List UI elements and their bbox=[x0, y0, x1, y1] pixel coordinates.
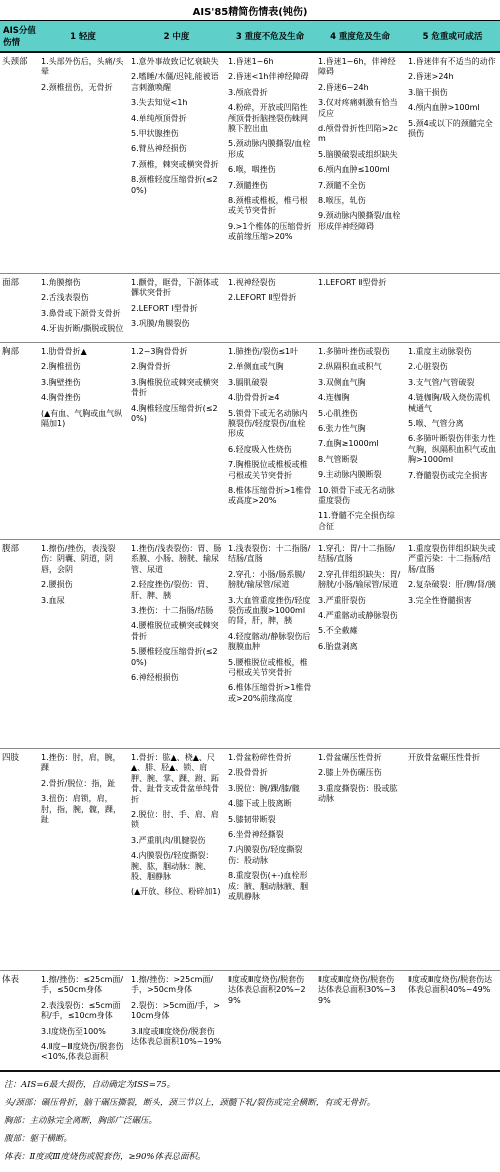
ais-cell: 1.LEFORT Ⅱ型骨折 bbox=[315, 274, 405, 342]
injury-item: 1.昏迷伴有不适当的动作 bbox=[408, 57, 497, 67]
injury-item: 3.严重肝裂伤 bbox=[318, 596, 402, 606]
injury-item: 2.骨折/脱位：指，趾 bbox=[41, 779, 125, 789]
header-cell-minor: 1 轻度 bbox=[38, 27, 128, 45]
injury-item: 4.肋骨骨折≥4 bbox=[228, 393, 312, 403]
ais-cell: 1.2~3胸骨骨折2.胸骨骨折3.胸椎脱位或棘突或横突骨折4.胸椎轻度压缩骨折(… bbox=[128, 343, 225, 539]
injury-item: 2.裂伤：>5cm面/手，>10cm身体 bbox=[131, 1001, 222, 1022]
ais-cell: 1.重度裂伤伴组织缺失或严重污染：十二指肠/结肠/直肠2.复杂破裂：肝/脾/肾/… bbox=[405, 540, 500, 748]
ais-cell: 1.骨盆碾压性骨折2.膝上外伤碾压伤3.重度撕裂伤：股或肱动脉 bbox=[315, 749, 405, 970]
injury-item: 3.扭伤：肩锁，肩，肘，指，腕，髋，踝，趾 bbox=[41, 794, 125, 825]
injury-item: 2.LEFORT Ⅱ型骨折 bbox=[228, 293, 312, 303]
table-body: 头颈部1.头部外伤后，头痛/头晕2.颈椎扭伤，无骨折1.意外事故致记忆衰缺失2.… bbox=[0, 53, 500, 1072]
ais-cell: 1.擦伤/挫伤，表浅裂伤：阴囊、阴道，阴唇，会阴2.腰损伤3.血尿 bbox=[38, 540, 128, 748]
ais-cell: 1.肋骨骨折▲2.胸椎扭伤3.胸壁挫伤4.胸骨挫伤(▲有血、气胸或血气纵隔加1) bbox=[38, 343, 128, 539]
note-line: 注：AIS=6最大损伤，自动确定为ISS=75。 bbox=[4, 1078, 498, 1090]
injury-item: 2.昏迷6~24h bbox=[318, 83, 402, 93]
table-row: 体表1.擦/挫伤：≤25cm面/手，≤50cm身体2.表浅裂伤：≤5cm面积/手… bbox=[0, 971, 500, 1072]
injury-item: 9.颈动脉内膜撕裂/血栓形成伴神经障碍 bbox=[318, 211, 402, 232]
header-cell-serious: 3 重度不危及生命 bbox=[225, 27, 315, 45]
header-cell-severe: 4 重度危及生命 bbox=[315, 27, 405, 45]
injury-item: 4.内膜裂伤/轻度撕裂：腕、肱，腘动脉：腕、股、腘静脉 bbox=[131, 851, 222, 882]
injury-item: 1.角膜擦伤 bbox=[41, 278, 125, 288]
injury-item: 7.内膜裂伤/轻度撕裂伤：股动脉 bbox=[228, 845, 312, 866]
injury-item: 1.意外事故致记忆衰缺失 bbox=[131, 57, 222, 67]
ais-table: AIS分值伤情 1 轻度 2 中度 3 重度不危及生命 4 重度危及生命 5 危… bbox=[0, 20, 500, 1072]
injury-item: 2.股骨骨折 bbox=[228, 768, 312, 778]
injury-item: 4.膝下或上肢离断 bbox=[228, 799, 312, 809]
injury-item: 2.纵隔积血或积气 bbox=[318, 362, 402, 372]
injury-item: 3.重度撕裂伤：股或肱动脉 bbox=[318, 784, 402, 805]
injury-item: 2.心脏裂伤 bbox=[408, 362, 497, 372]
ais-cell: 1.肺挫伤/裂伤≤1叶2.单侧血或气胸3.膈肌破裂4.肋骨骨折≥45.锁骨下或无… bbox=[225, 343, 315, 539]
note-line: 腹部：躯干横断。 bbox=[4, 1132, 498, 1144]
table-header: AIS分值伤情 1 轻度 2 中度 3 重度不危及生命 4 重度危及生命 5 危… bbox=[0, 21, 500, 53]
ais-cell: 1.角膜擦伤2.舌浅表裂伤3.鼻骨或下颌骨支骨折4.牙齿折断/撕脱或脱位 bbox=[38, 274, 128, 342]
region-label: 体表 bbox=[0, 971, 38, 1070]
injury-item: 2.胸骨骨折 bbox=[131, 362, 222, 372]
injury-item: 2.LEFORT Ⅰ型骨折 bbox=[131, 304, 222, 314]
injury-item: 8.椎体压缩骨折>1椎骨或高度>20% bbox=[228, 486, 312, 507]
injury-item: 6.多肺叶断裂伤伴张力性气胸，纵隔积血积气或血胸>1000ml bbox=[408, 434, 497, 465]
injury-item: 9.>1个椎体的压缩骨折或前缘压缩>20% bbox=[228, 222, 312, 243]
injury-item: 5.颈4或以下的颈髓完全损伤 bbox=[408, 119, 497, 140]
injury-item: 5.甲状腺挫伤 bbox=[131, 129, 222, 139]
injury-item: 8.气管断裂 bbox=[318, 455, 402, 465]
injury-item: 3.颅底骨折 bbox=[228, 88, 312, 98]
injury-item: 2.昏迷<1h伴神经障碍 bbox=[228, 72, 312, 82]
injury-item: 6.神经根损伤 bbox=[131, 673, 222, 683]
injury-item: 7.颈椎，棘突或横突骨折 bbox=[131, 160, 222, 170]
injury-item: 1.骨折：肱▲、桡▲、尺▲、腓、胫▲、锁、肩胛、腕、掌、踝、跗、跖骨、趾骨支或骨… bbox=[131, 753, 222, 805]
injury-item: 4.胸骨挫伤 bbox=[41, 393, 125, 403]
ais-cell: 1.头部外伤后，头痛/头晕2.颈椎扭伤，无骨折 bbox=[38, 53, 128, 273]
injury-item: 1.肋骨骨折▲ bbox=[41, 347, 125, 357]
injury-item: 1.穿孔：胃/十二指肠/结肠/直肠 bbox=[318, 544, 402, 565]
injury-item: 7.脊髓裂伤或完全损害 bbox=[408, 471, 497, 481]
injury-item: 2.嗜睡/木僵/迟钝,能被语言刺激唤醒 bbox=[131, 72, 222, 93]
injury-item: 6.胎盘剥离 bbox=[318, 642, 402, 652]
injury-item: 8.颈椎或椎板，椎弓根或关节突骨折 bbox=[228, 196, 312, 217]
region-label: 头颈部 bbox=[0, 53, 38, 273]
injury-item: 2.膝上外伤碾压伤 bbox=[318, 768, 402, 778]
injury-item: 3.严重肌肉/肌腱裂伤 bbox=[131, 836, 222, 846]
injury-item: 3.脑干损伤 bbox=[408, 88, 497, 98]
injury-item: 2.表浅裂伤：≤5cm面积/手，≤10cm身体 bbox=[41, 1001, 125, 1022]
injury-item: 6.椎体压缩骨折>1椎骨或>20%前缘高度 bbox=[228, 683, 312, 704]
injury-item: 3.完全性脊髓损害 bbox=[408, 596, 497, 606]
table-row: 胸部1.肋骨骨折▲2.胸椎扭伤3.胸壁挫伤4.胸骨挫伤(▲有血、气胸或血气纵隔加… bbox=[0, 343, 500, 540]
injury-item: 10.锁骨下或无名动脉重度裂伤 bbox=[318, 486, 402, 507]
injury-item: 2.轻度挫伤/裂伤：胃、肝、脾、胰 bbox=[131, 580, 222, 601]
ais-cell: 1.擦/挫伤：>25cm面/手，>50cm身体2.裂伤：>5cm面/手，>10c… bbox=[128, 971, 225, 1070]
injury-item: 4.Ⅱ度~Ⅲ度烧伤/脱套伤<10%,体表总面积 bbox=[41, 1042, 125, 1063]
injury-item: 1.骨盆粉碎性骨折 bbox=[228, 753, 312, 763]
injury-item: 3.大血管重度挫伤/轻度裂伤或血腹>1000ml的肾，肝，脾，胰 bbox=[228, 596, 312, 627]
injury-item: 4.严重髂动或静脉裂伤 bbox=[318, 611, 402, 621]
injury-item: 2.穿孔伴组织缺失：胃/膀胱/小肠/输尿管/尿道 bbox=[318, 570, 402, 591]
injury-item: 4.腰椎脱位或横突或棘突骨折 bbox=[131, 621, 222, 642]
header-cell-score: AIS分值伤情 bbox=[0, 21, 38, 51]
injury-item: 3.Ⅰ度烧伤至100% bbox=[41, 1027, 125, 1037]
region-label: 腹部 bbox=[0, 540, 38, 748]
injury-item: 5.颈动脉内膜撕裂/血栓形成 bbox=[228, 139, 312, 160]
note-line: 体表：Ⅱ度或Ⅲ度烧伤或脱套伤，≥90%体表总面积。 bbox=[4, 1150, 498, 1162]
injury-item: 7.颈髓挫伤 bbox=[228, 181, 312, 191]
page-title: AIS'85精简伤情表(钝伤) bbox=[0, 0, 500, 20]
ais-cell: Ⅱ度或Ⅲ度烧伤/脱套伤达体表总面积30%~39% bbox=[315, 971, 405, 1070]
injury-item: 5.心肌挫伤 bbox=[318, 409, 402, 419]
injury-item: 3.膈肌破裂 bbox=[228, 378, 312, 388]
injury-item: 1.LEFORT Ⅱ型骨折 bbox=[318, 278, 402, 288]
injury-item: (▲有血、气胸或血气纵隔加1) bbox=[41, 409, 125, 430]
injury-item: 8.颈椎轻度压缩骨折(≤20%) bbox=[131, 175, 222, 196]
ais-cell: 1.穿孔：胃/十二指肠/结肠/直肠2.穿孔伴组织缺失：胃/膀胱/小肠/输尿管/尿… bbox=[315, 540, 405, 748]
injury-item: 5.喉、气管分离 bbox=[408, 419, 497, 429]
injury-item: 1.多肺叶挫伤或裂伤 bbox=[318, 347, 402, 357]
injury-item: 4.连枷胸 bbox=[318, 393, 402, 403]
injury-item: 1.擦/挫伤：≤25cm面/手，≤50cm身体 bbox=[41, 975, 125, 996]
table-row: 头颈部1.头部外伤后，头痛/头晕2.颈椎扭伤，无骨折1.意外事故致记忆衰缺失2.… bbox=[0, 53, 500, 274]
injury-item: 3.胸椎脱位或棘突或横突骨折 bbox=[131, 378, 222, 399]
injury-item: 1.重度主动脉裂伤 bbox=[408, 347, 497, 357]
injury-item: 4.单纯颅顶骨折 bbox=[131, 114, 222, 124]
injury-item: 4.颅内血肿>100ml bbox=[408, 103, 497, 113]
injury-item: 3.仅对疼痛刺激有恰当反应 bbox=[318, 98, 402, 119]
ais-cell: 1.挫伤/浅表裂伤：胃、肠系膜、小肠、膀胱、输尿管、尿道2.轻度挫伤/裂伤：胃、… bbox=[128, 540, 225, 748]
table-row: 面部1.角膜擦伤2.舌浅表裂伤3.鼻骨或下颌骨支骨折4.牙齿折断/撕脱或脱位1.… bbox=[0, 274, 500, 343]
note-line: 头/颈部：碾压骨折，脑干碾压撕裂，断头，颈三节以上，颈髓下轧/裂伤或完全横断，有… bbox=[4, 1096, 498, 1108]
injury-item: 2.脱位：肘、手、肩、肩锁 bbox=[131, 810, 222, 831]
injury-item: 2.复杂破裂：肝/脾/肾/胰 bbox=[408, 580, 497, 590]
injury-item: 5.锁骨下或无名动脉内膜裂伤/轻度裂伤/血栓形成 bbox=[228, 409, 312, 440]
injury-item: 2.胸椎扭伤 bbox=[41, 362, 125, 372]
injury-item: 7.颈髓不全伤 bbox=[318, 181, 402, 191]
page: AIS'85精简伤情表(钝伤) AIS分值伤情 1 轻度 2 中度 3 重度不危… bbox=[0, 0, 500, 1172]
ais-cell: 开放骨盆碾压性骨折 bbox=[405, 749, 500, 970]
ais-cell: 1.多肺叶挫伤或裂伤2.纵隔积血或积气3.双侧血气胸4.连枷胸5.心肌挫伤6.张… bbox=[315, 343, 405, 539]
injury-item: 2.舌浅表裂伤 bbox=[41, 293, 125, 303]
injury-item: 6.颅内血肿≤100ml bbox=[318, 165, 402, 175]
injury-item: 1.颧骨，眶骨，下颌体或髁状突骨折 bbox=[131, 278, 222, 299]
injury-item: 9.主动脉内膜断裂 bbox=[318, 470, 402, 480]
injury-item: 3.Ⅱ度或Ⅲ度烧份/脱套伤达体表总面积10%~19% bbox=[131, 1027, 222, 1048]
note-line: 胸部：主动脉完全离断，胸部广泛碾压。 bbox=[4, 1114, 498, 1126]
ais-cell: 1.重度主动脉裂伤2.心脏裂伤3.支气管/气管破裂4.链枷胸/吸入烧伤需机械通气… bbox=[405, 343, 500, 539]
ais-cell bbox=[405, 274, 500, 342]
injury-item: 8.喉压，轧伤 bbox=[318, 196, 402, 206]
injury-item: (▲开放、移位、粉碎加1) bbox=[131, 887, 222, 897]
injury-item: Ⅱ度或Ⅲ度烧伤/脱套伤达体表总面积30%~39% bbox=[318, 975, 402, 1006]
injury-item: 3.脱位：腕/踝/膝/髋 bbox=[228, 784, 312, 794]
injury-item: 1.昏迷1~6h，伴神经障碍 bbox=[318, 57, 402, 78]
ais-cell: 1.意外事故致记忆衰缺失2.嗜睡/木僵/迟钝,能被语言刺激唤醒3.失去知觉<1h… bbox=[128, 53, 225, 273]
injury-item: 6.坐骨神经撕裂 bbox=[228, 830, 312, 840]
ais-cell: 1.骨盆粉碎性骨折2.股骨骨折3.脱位：腕/踝/膝/髋4.膝下或上肢离断5.膝韧… bbox=[225, 749, 315, 970]
injury-item: 7.胸椎脱位或椎板或椎弓根或关节突骨折 bbox=[228, 460, 312, 481]
injury-item: 4.粉碎，开放或凹陷性颅顶骨折脑挫裂伤蛛网膜下腔出血 bbox=[228, 103, 312, 134]
injury-item: 4.胸椎轻度压缩骨折(≤20%) bbox=[131, 404, 222, 425]
injury-item: 1.视神经裂伤 bbox=[228, 278, 312, 288]
injury-item: 4.链枷胸/吸入烧伤需机械通气 bbox=[408, 393, 497, 414]
ais-cell: 1.昏迷1~6h，伴神经障碍2.昏迷6~24h3.仅对疼痛刺激有恰当反应d.颅骨… bbox=[315, 53, 405, 273]
injury-item: 1.骨盆碾压性骨折 bbox=[318, 753, 402, 763]
injury-item: 1.昏迷1~6h bbox=[228, 57, 312, 67]
injury-item: 3.失去知觉<1h bbox=[131, 98, 222, 108]
injury-item: 4.牙齿折断/撕脱或脱位 bbox=[41, 324, 125, 334]
injury-item: 8.重度裂伤(+-)血栓形成：腋、腘动脉腋、腘或肌静脉 bbox=[228, 871, 312, 902]
injury-item: 11.脊髓不完全损伤综合征 bbox=[318, 511, 402, 532]
injury-item: 6.张力性气胸 bbox=[318, 424, 402, 434]
injury-item: 1.擦伤/挫伤，表浅裂伤：阴囊、阴道，阴唇，会阴 bbox=[41, 544, 125, 575]
injury-item: Ⅱ度或Ⅲ度烧伤/脱套伤达体表总面积20%~29% bbox=[228, 975, 312, 1006]
injury-item: 3.血尿 bbox=[41, 596, 125, 606]
injury-item: 2.单侧血或气胸 bbox=[228, 362, 312, 372]
injury-item: 5.膝韧带断裂 bbox=[228, 815, 312, 825]
ais-cell: 1.昏迷1~6h2.昏迷<1h伴神经障碍3.颅底骨折4.粉碎，开放或凹陷性颅顶骨… bbox=[225, 53, 315, 273]
injury-item: 开放骨盆碾压性骨折 bbox=[408, 753, 497, 763]
region-label: 四肢 bbox=[0, 749, 38, 970]
ais-cell: 1.挫伤：肘，肩，腕，踝2.骨折/脱位：指，趾3.扭伤：肩锁，肩，肘，指，腕，髋… bbox=[38, 749, 128, 970]
notes: 注：AIS=6最大损伤，自动确定为ISS=75。 头/颈部：碾压骨折，脑干碾压撕… bbox=[0, 1072, 500, 1172]
ais-cell: 1.擦/挫伤：≤25cm面/手，≤50cm身体2.表浅裂伤：≤5cm面积/手，≤… bbox=[38, 971, 128, 1070]
injury-item: 5.不全截瘫 bbox=[318, 626, 402, 636]
injury-item: 1.挫伤：肘，肩，腕，踝 bbox=[41, 753, 125, 774]
header-cell-moderate: 2 中度 bbox=[128, 27, 225, 45]
region-label: 面部 bbox=[0, 274, 38, 342]
injury-item: 2.昏迷>24h bbox=[408, 72, 497, 82]
injury-item: Ⅱ度或Ⅲ度烧伤/脱套伤达体表总面积40%~49% bbox=[408, 975, 497, 996]
region-label: 胸部 bbox=[0, 343, 38, 539]
injury-item: 2.腰损伤 bbox=[41, 580, 125, 590]
injury-item: 1.挫伤/浅表裂伤：胃、肠系膜、小肠、膀胱、输尿管、尿道 bbox=[131, 544, 222, 575]
injury-item: 3.胸壁挫伤 bbox=[41, 378, 125, 388]
injury-item: 1.擦/挫伤：>25cm面/手，>50cm身体 bbox=[131, 975, 222, 996]
injury-item: 3.挫伤：十二指肠/结肠 bbox=[131, 606, 222, 616]
injury-item: 1.2~3胸骨骨折 bbox=[131, 347, 222, 357]
ais-cell: 1.骨折：肱▲、桡▲、尺▲、腓、胫▲、锁、肩胛、腕、掌、踝、跗、跖骨、趾骨支或骨… bbox=[128, 749, 225, 970]
injury-item: 1.头部外伤后，头痛/头晕 bbox=[41, 57, 125, 78]
injury-item: 2.颈椎扭伤，无骨折 bbox=[41, 83, 125, 93]
table-row: 四肢1.挫伤：肘，肩，腕，踝2.骨折/脱位：指，趾3.扭伤：肩锁，肩，肘，指，腕… bbox=[0, 749, 500, 971]
injury-item: 1.肺挫伤/裂伤≤1叶 bbox=[228, 347, 312, 357]
injury-item: 7.血胸≥1000ml bbox=[318, 439, 402, 449]
injury-item: 5.腰椎脱位或椎板，椎弓根或关节突骨折 bbox=[228, 658, 312, 679]
ais-cell: Ⅱ度或Ⅲ度烧伤/脱套伤达体表总面积20%~29% bbox=[225, 971, 315, 1070]
injury-item: 3.鼻骨或下颌骨支骨折 bbox=[41, 309, 125, 319]
injury-item: 6.轻度吸入性烧伤 bbox=[228, 445, 312, 455]
ais-cell: 1.昏迷伴有不适当的动作2.昏迷>24h3.脑干损伤4.颅内血肿>100ml5.… bbox=[405, 53, 500, 273]
injury-item: 3.支气管/气管破裂 bbox=[408, 378, 497, 388]
injury-item: 1.浅表裂伤：十二指肠/结肠/直肠 bbox=[228, 544, 312, 565]
ais-cell: 1.视神经裂伤2.LEFORT Ⅱ型骨折 bbox=[225, 274, 315, 342]
injury-item: 2.穿孔：小肠/肠系膜/膀胱/输尿管/尿道 bbox=[228, 570, 312, 591]
injury-item: d.颅骨骨折性凹陷>2cm bbox=[318, 124, 402, 145]
ais-cell: 1.颧骨，眶骨，下颌体或髁状突骨折2.LEFORT Ⅰ型骨折3.巩膜/角膜裂伤 bbox=[128, 274, 225, 342]
header-cell-critical: 5 危重或可成活 bbox=[405, 27, 500, 45]
injury-item: 6.臂丛神经损伤 bbox=[131, 144, 222, 154]
table-row: 腹部1.擦伤/挫伤，表浅裂伤：阴囊、阴道，阴唇，会阴2.腰损伤3.血尿1.挫伤/… bbox=[0, 540, 500, 749]
ais-cell: 1.浅表裂伤：十二指肠/结肠/直肠2.穿孔：小肠/肠系膜/膀胱/输尿管/尿道3.… bbox=[225, 540, 315, 748]
injury-item: 6.喉，咽挫伤 bbox=[228, 165, 312, 175]
injury-item: 3.巩膜/角膜裂伤 bbox=[131, 319, 222, 329]
injury-item: 1.重度裂伤伴组织缺失或严重污染：十二指肠/结肠/直肠 bbox=[408, 544, 497, 575]
injury-item: 3.双侧血气胸 bbox=[318, 378, 402, 388]
ais-cell: Ⅱ度或Ⅲ度烧伤/脱套伤达体表总面积40%~49% bbox=[405, 971, 500, 1070]
injury-item: 5.腰椎轻度压缩骨折(≤20%) bbox=[131, 647, 222, 668]
injury-item: 5.脑膜破裂或组织缺失 bbox=[318, 150, 402, 160]
injury-item: 4.轻度髂动/静脉裂伤后腹膜血肿 bbox=[228, 632, 312, 653]
